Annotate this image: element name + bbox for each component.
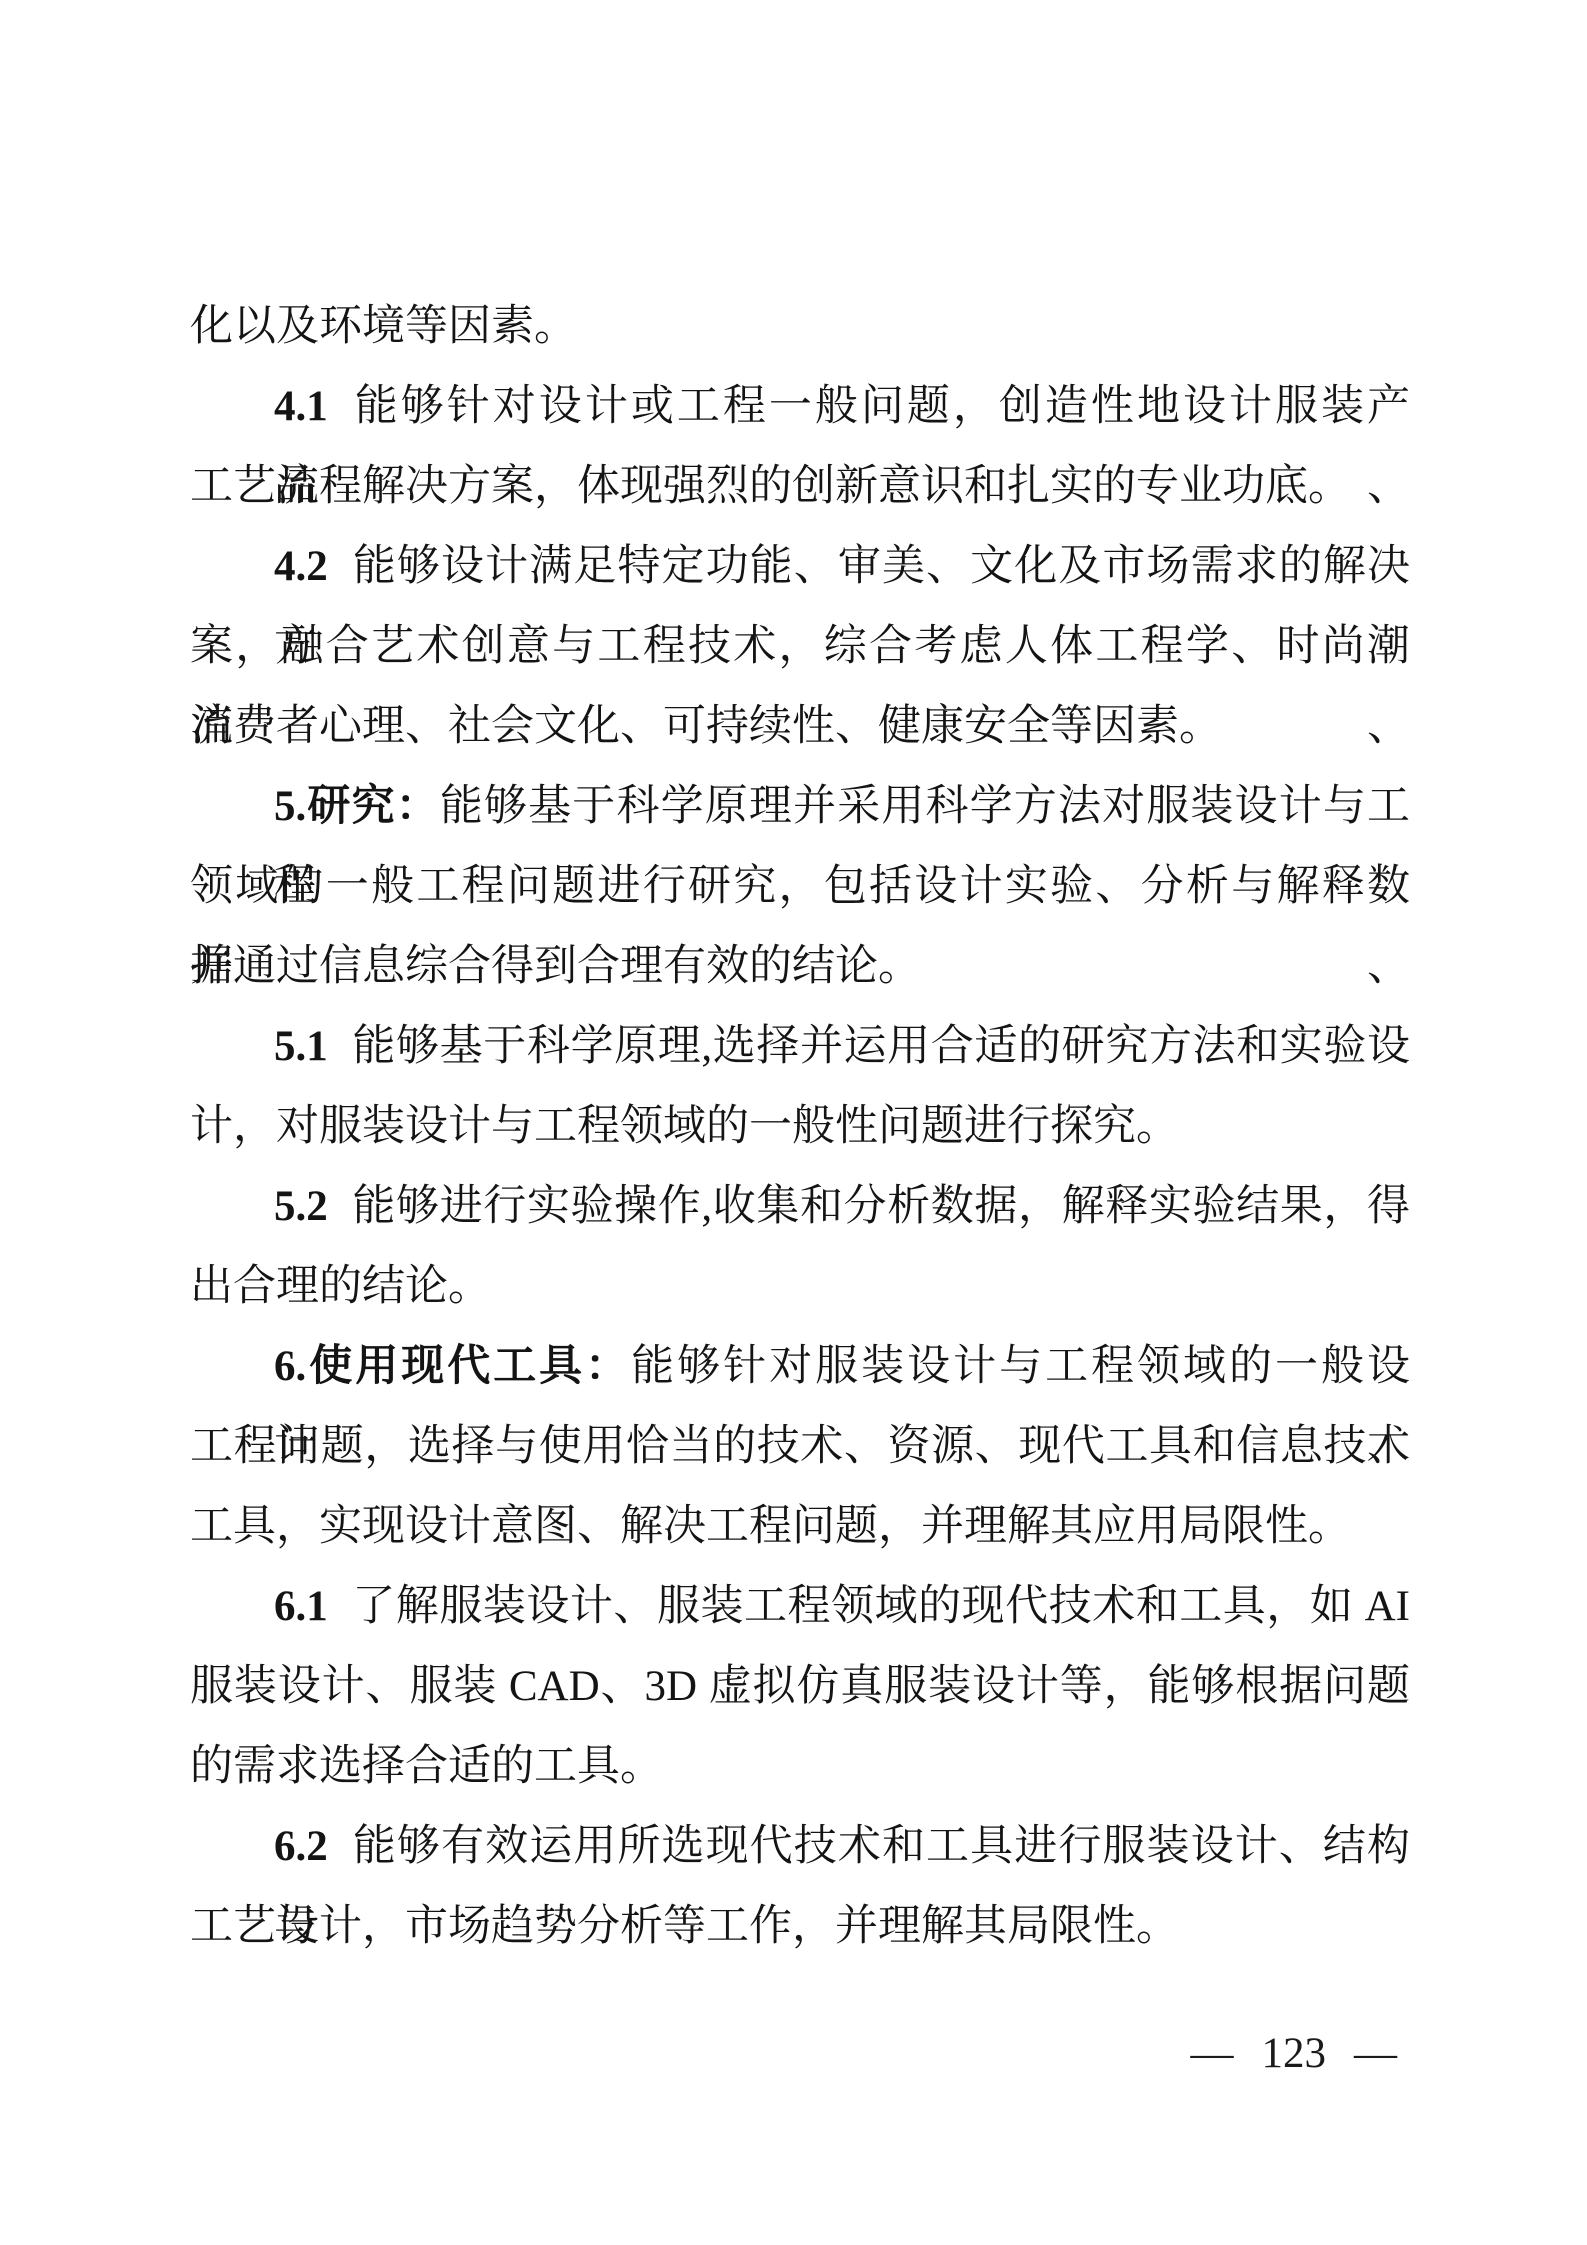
footer-dash-left: — xyxy=(1191,2030,1234,2078)
text-line: 4.2能够设计满足特定功能、审美、文化及市场需求的解决方 xyxy=(190,527,1410,607)
list-number: 5. xyxy=(274,783,306,830)
text-line: 6.2能够有效运用所选现代技术和工具进行服装设计、结构与 xyxy=(190,1807,1410,1887)
list-number: 5.1 xyxy=(274,1023,328,1070)
footer-page-number: 123 xyxy=(1262,2030,1327,2078)
line-text: 能够进行实验操作,收集和分析数据，解释实验结果，得 xyxy=(352,1183,1410,1230)
text-line: 服装设计、服装 CAD、3D 虚拟仿真服装设计等，能够根据问题 xyxy=(190,1647,1410,1727)
text-line: 案，融合艺术创意与工程技术，综合考虑人体工程学、时尚潮流、 xyxy=(190,607,1410,687)
line-text: 工艺设计，市场趋势分析等工作，并理解其局限性。 xyxy=(190,1903,1179,1950)
text-line: 5.1能够基于科学原理,选择并运用合适的研究方法和实验设 xyxy=(190,1007,1410,1087)
section-term: 研究： xyxy=(306,783,440,830)
line-text: 化以及环境等因素。 xyxy=(190,303,577,350)
list-number: 5.2 xyxy=(274,1183,328,1230)
list-number: 6.2 xyxy=(274,1823,328,1870)
line-text: 工具，实现设计意图、解决工程问题，并理解其应用局限性。 xyxy=(190,1503,1351,1550)
line-text: 并通过信息综合得到合理有效的结论。 xyxy=(190,943,921,990)
text-line: 化以及环境等因素。 xyxy=(190,287,1410,367)
line-text: 服装设计、服装 CAD、3D 虚拟仿真服装设计等，能够根据问题 xyxy=(190,1663,1410,1710)
line-text: 计，对服装设计与工程领域的一般性问题进行探究。 xyxy=(190,1103,1179,1150)
text-line: 计，对服装设计与工程领域的一般性问题进行探究。 xyxy=(190,1087,1410,1167)
line-text: 工程问题，选择与使用恰当的技术、资源、现代工具和信息技术 xyxy=(190,1423,1410,1470)
text-line: 5.2能够进行实验操作,收集和分析数据，解释实验结果，得 xyxy=(190,1167,1410,1247)
list-number: 6.1 xyxy=(274,1583,328,1630)
list-number: 6. xyxy=(274,1343,306,1390)
text-line: 6.使用现代工具：能够针对服装设计与工程领域的一般设计、 xyxy=(190,1327,1410,1407)
text-line: 出合理的结论。 xyxy=(190,1247,1410,1327)
section-term: 使用现代工具： xyxy=(306,1343,631,1390)
text-line: 工艺设计，市场趋势分析等工作，并理解其局限性。 xyxy=(190,1887,1410,1967)
line-text: 的需求选择合适的工具。 xyxy=(190,1743,663,1790)
list-number: 4.2 xyxy=(274,543,328,590)
line-text: 出合理的结论。 xyxy=(190,1263,491,1310)
text-block: 化以及环境等因素。 4.1能够针对设计或工程一般问题，创造性地设计服装产品、 工… xyxy=(190,287,1410,1967)
document-page: 化以及环境等因素。 4.1能够针对设计或工程一般问题，创造性地设计服装产品、 工… xyxy=(0,0,1587,2245)
text-line: 5.研究：能够基于科学原理并采用科学方法对服装设计与工程 xyxy=(190,767,1410,847)
text-line: 工具，实现设计意图、解决工程问题，并理解其应用局限性。 xyxy=(190,1487,1410,1567)
text-line: 工程问题，选择与使用恰当的技术、资源、现代工具和信息技术 xyxy=(190,1407,1410,1487)
text-line: 工艺流程解决方案，体现强烈的创新意识和扎实的专业功底。 xyxy=(190,447,1410,527)
text-line: 的需求选择合适的工具。 xyxy=(190,1727,1410,1807)
footer-dash-right: — xyxy=(1354,2030,1397,2078)
text-line: 6.1了解服装设计、服装工程领域的现代技术和工具，如 AI xyxy=(190,1567,1410,1647)
text-line: 领域的一般工程问题进行研究，包括设计实验、分析与解释数据、 xyxy=(190,847,1410,927)
line-text: 工艺流程解决方案，体现强烈的创新意识和扎实的专业功底。 xyxy=(190,463,1351,510)
line-text: 消费者心理、社会文化、可持续性、健康安全等因素。 xyxy=(190,703,1222,750)
text-line: 4.1能够针对设计或工程一般问题，创造性地设计服装产品、 xyxy=(190,367,1410,447)
page-footer: — 123 — xyxy=(1191,2030,1398,2078)
line-text: 能够基于科学原理,选择并运用合适的研究方法和实验设 xyxy=(352,1023,1410,1070)
list-number: 4.1 xyxy=(274,383,328,430)
line-text: 了解服装设计、服装工程领域的现代技术和工具，如 AI xyxy=(352,1583,1410,1630)
